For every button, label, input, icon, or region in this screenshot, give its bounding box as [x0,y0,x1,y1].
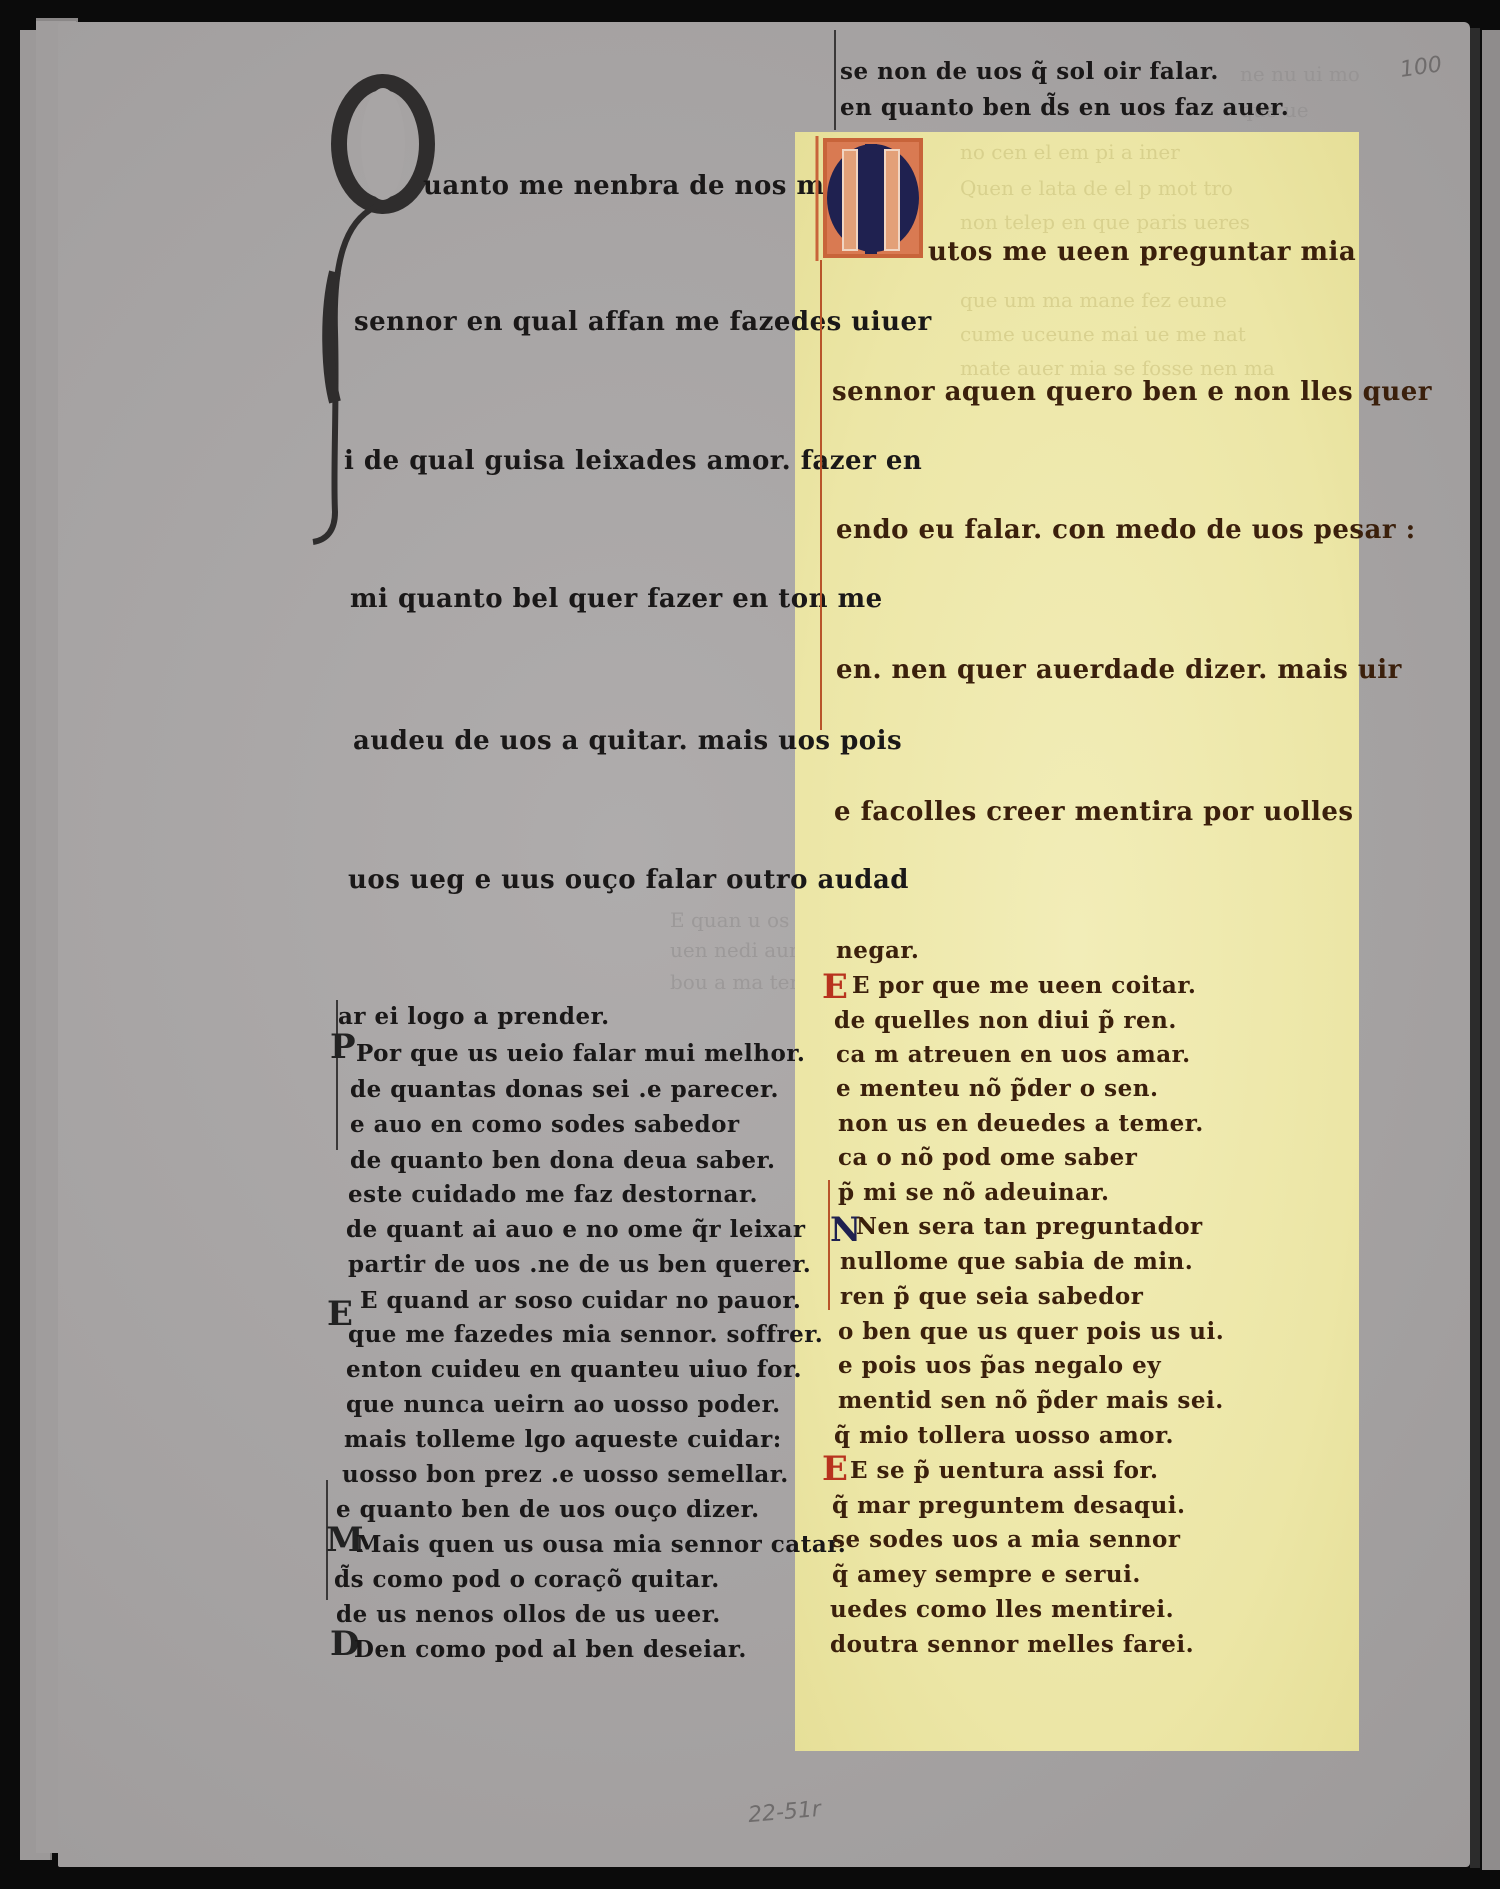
lyric-line: uanto me nenbra de nos mia : [423,171,872,201]
rubric-initial-e: E [822,967,848,1007]
lyric-line: Den como pod al ben deseiar. [354,1636,747,1663]
facing-page-edge [1482,30,1500,1870]
lyric-line: en. nen quer auerdade dizer. mais uir [836,655,1402,685]
lyric-line: enton cuideu en quanteu uiuo for. [346,1356,802,1383]
lyric-line: ar ei logo a prender. [338,1003,610,1030]
lyric-line: nullome que sabia de min. [840,1248,1193,1275]
lyric-line: de quanto ben dona deua saber. [350,1147,776,1174]
lyric-line: Nen sera tan preguntador [856,1213,1203,1240]
lyric-line: e menteu nõ p̃der o sen. [836,1075,1158,1102]
lyric-line: este cuidado me faz destornar. [348,1181,758,1208]
initial-flourish [820,260,822,730]
lyric-line: Por que us ueio falar mui melhor. [356,1040,805,1067]
lyric-line: ren p̃ que seia sabedor [840,1283,1143,1310]
lyric-line: partir de uos .ne de us ben querer. [348,1251,811,1278]
lyric-line: o ben que us quer pois us ui. [838,1318,1224,1345]
lyric-line: se sodes uos a mia sennor [832,1526,1180,1553]
lyric-line: en quanto ben d̃s en uos faz auer. [840,94,1289,121]
initial-flourish [834,30,836,130]
lyric-line: q̃ amey sempre e serui. [832,1561,1141,1588]
lyric-line: E se p̃ uentura assi for. [850,1457,1158,1484]
bleed-through-text: no cen el em pi a iner [960,140,1180,164]
illuminated-initial-m [815,136,925,261]
lyric-line: utos me ueen preguntar mia [928,237,1356,267]
lyric-line: e facolles creer mentira por uolles [834,797,1354,827]
lyric-line: q̃ mar preguntem desaqui. [832,1492,1186,1519]
lyric-line: uos ueg e uus ouço falar outro audad [348,865,909,895]
lyric-line: d̃s como pod o coraçõ quitar. [334,1566,720,1593]
lyric-line: e pois uos p̃as negalo ey [838,1352,1161,1379]
lyric-line: mais tolleme lgo aqueste cuidar: [344,1426,782,1453]
lyric-line: E quand ar soso cuidar no pauor. [360,1287,801,1314]
initial-p: P [330,1027,356,1067]
lyric-line: negar. [836,937,919,964]
lyric-line: ca o nõ pod ome saber [838,1144,1137,1171]
lyric-line: de us nenos ollos de us ueer. [336,1601,721,1628]
lyric-line: se non de uos q̃ sol oir falar. [840,58,1219,85]
lyric-line: sennor en qual affan me fazedes uiuer [354,307,932,337]
lyric-line: de quantas donas sei .e parecer. [350,1076,779,1103]
lyric-line: E por que me ueen coitar. [852,972,1196,999]
bleed-through-text: que um ma mane fez eune [960,288,1227,312]
lyric-line: mentid sen nõ p̃der mais sei. [838,1387,1224,1414]
lyric-line: non us en deuedes a temer. [838,1110,1204,1137]
lyric-line: sennor aquen quero ben e non lles quer [832,377,1432,407]
lyric-line: que nunca ueirn ao uosso poder. [346,1391,781,1418]
lyric-line: audeu de uos a quitar. mais uos pois [353,726,902,756]
bleed-through-text: Quen e lata de el p mot tro [960,176,1233,200]
lyric-line: uedes como lles mentirei. [830,1596,1174,1623]
lyric-line: doutra sennor melles farei. [830,1631,1194,1658]
bleed-through-text: ne nu ui mo [1240,62,1360,86]
binding-gutter [1470,28,1480,1868]
lyric-line: que me fazedes mia sennor. soffrer. [348,1321,823,1348]
lyric-line: e quanto ben de uos ouço dizer. [336,1496,760,1523]
lyric-line: Mais quen us ousa mia sennor catar. [356,1531,846,1558]
lyric-line: ca m atreuen en uos amar. [836,1041,1191,1068]
lyric-line: p̃ mi se nõ adeuinar. [838,1179,1110,1206]
lyric-line: uosso bon prez .e uosso semellar. [342,1461,789,1488]
lyric-line: de quelles non diui p̃ ren. [834,1007,1177,1034]
lyric-line: q̃ mio tollera uosso amor. [834,1422,1174,1449]
bleed-through-text: cume uceune mai ue me nat [960,322,1246,346]
rubric-initial-e: E [822,1449,848,1489]
lyric-line: endo eu falar. con medo de uos pesar : [836,515,1416,545]
lyric-line: e auo en como sodes sabedor [350,1111,740,1138]
bleed-through-text: non telep en que paris ueres [960,210,1250,234]
lyric-line: de quant ai auo e no ome q̃r leixar [346,1216,805,1243]
lyric-line: i de qual guisa leixades amor. fazer en [344,446,922,476]
lyric-line: mi quanto bel quer fazer en ton me [350,584,883,614]
